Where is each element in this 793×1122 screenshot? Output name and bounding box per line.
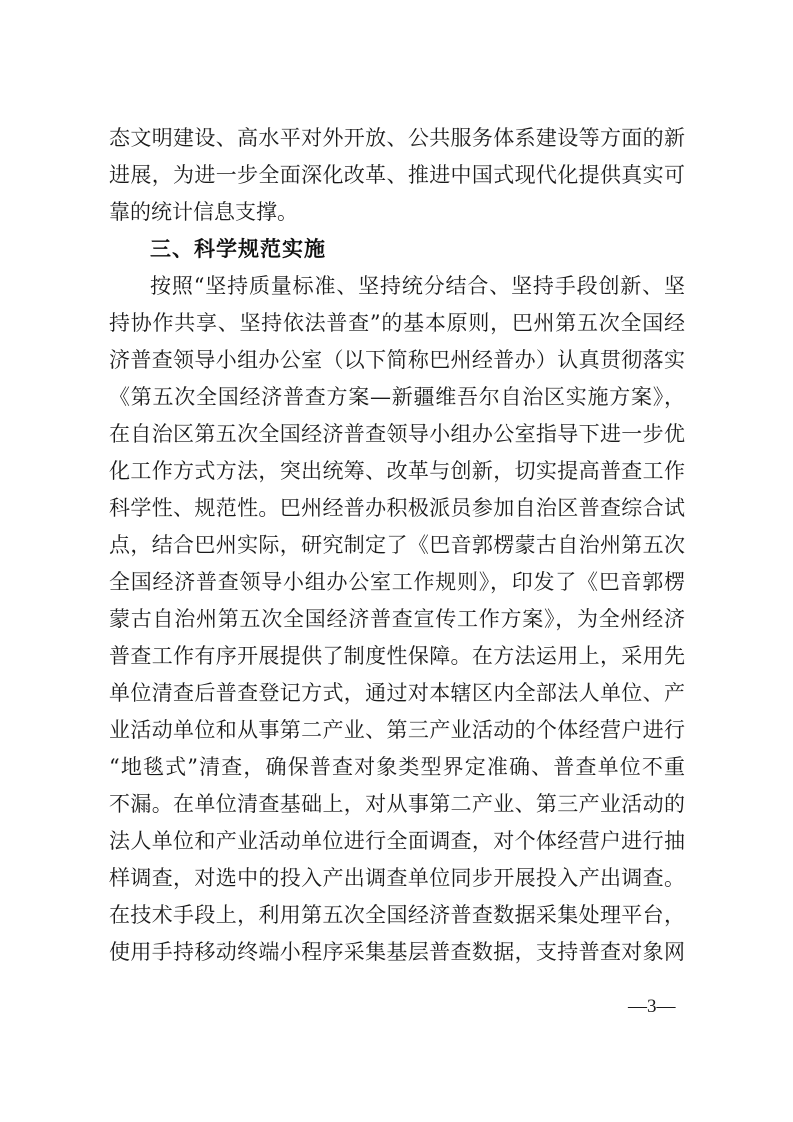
paragraph-line: 单位清查后普查登记方式，通过对本辖区内全部法人单位、产	[109, 677, 685, 709]
paragraph-line: 《第五次全国经济普查方案—新疆维吾尔自治区实施方案》，	[109, 381, 685, 413]
paragraph-line: 样调查，对选中的投入产出调查单位同步开展投入产出调查。	[109, 862, 685, 894]
document-page: 态文明建设、高水平对外开放、公共服务体系建设等方面的新 进展，为进一步全面深化改…	[0, 0, 793, 1122]
body-line: 进展，为进一步全面深化改革、推进中国式现代化提供真实可	[109, 159, 685, 191]
paragraph-line: 业活动单位和从事第二产业、第三产业活动的个体经营户进行	[109, 714, 685, 746]
paragraph-line: 科学性、规范性。巴州经普办积极派员参加自治区普查综合试	[109, 492, 685, 524]
paragraph-line: 在技术手段上，利用第五次全国经济普查数据采集处理平台，	[109, 899, 685, 931]
paragraph-line: 在自治区第五次全国经济普查领导小组办公室指导下进一步优	[109, 418, 685, 450]
paragraph-line: 普查工作有序开展提供了制度性保障。在方法运用上，采用先	[109, 640, 685, 672]
paragraph-line: 化工作方式方法，突出统筹、改革与创新，切实提高普查工作	[109, 455, 685, 487]
body-line: 靠的统计信息支撑。	[109, 196, 685, 228]
paragraph-line: 使用手持移动终端小程序采集基层普查数据，支持普查对象网	[109, 936, 685, 968]
paragraph-line: “地毯式”清查，确保普查对象类型界定准确、普查单位不重	[109, 751, 685, 783]
body-line: 态文明建设、高水平对外开放、公共服务体系建设等方面的新	[109, 122, 685, 154]
paragraph-line: 点，结合巴州实际，研究制定了《巴音郭楞蒙古自治州第五次	[109, 529, 685, 561]
paragraph-line: 蒙古自治州第五次全国经济普查宣传工作方案》，为全州经济	[109, 603, 685, 635]
paragraph-line: 按照“坚持质量标准、坚持统分结合、坚持手段创新、坚	[150, 270, 685, 302]
page-number: —3—	[628, 996, 676, 1018]
paragraph-line: 法人单位和产业活动单位进行全面调查，对个体经营户进行抽	[109, 825, 685, 857]
paragraph-line: 不漏。在单位清查基础上，对从事第二产业、第三产业活动的	[109, 788, 685, 820]
section-heading: 三、科学规范实施	[150, 233, 326, 265]
paragraph-line: 济普查领导小组办公室（以下简称巴州经普办）认真贯彻落实	[109, 344, 685, 376]
paragraph-line: 持协作共享、坚持依法普查”的基本原则，巴州第五次全国经	[109, 307, 685, 339]
paragraph-line: 全国经济普查领导小组办公室工作规则》，印发了《巴音郭楞	[109, 566, 685, 598]
